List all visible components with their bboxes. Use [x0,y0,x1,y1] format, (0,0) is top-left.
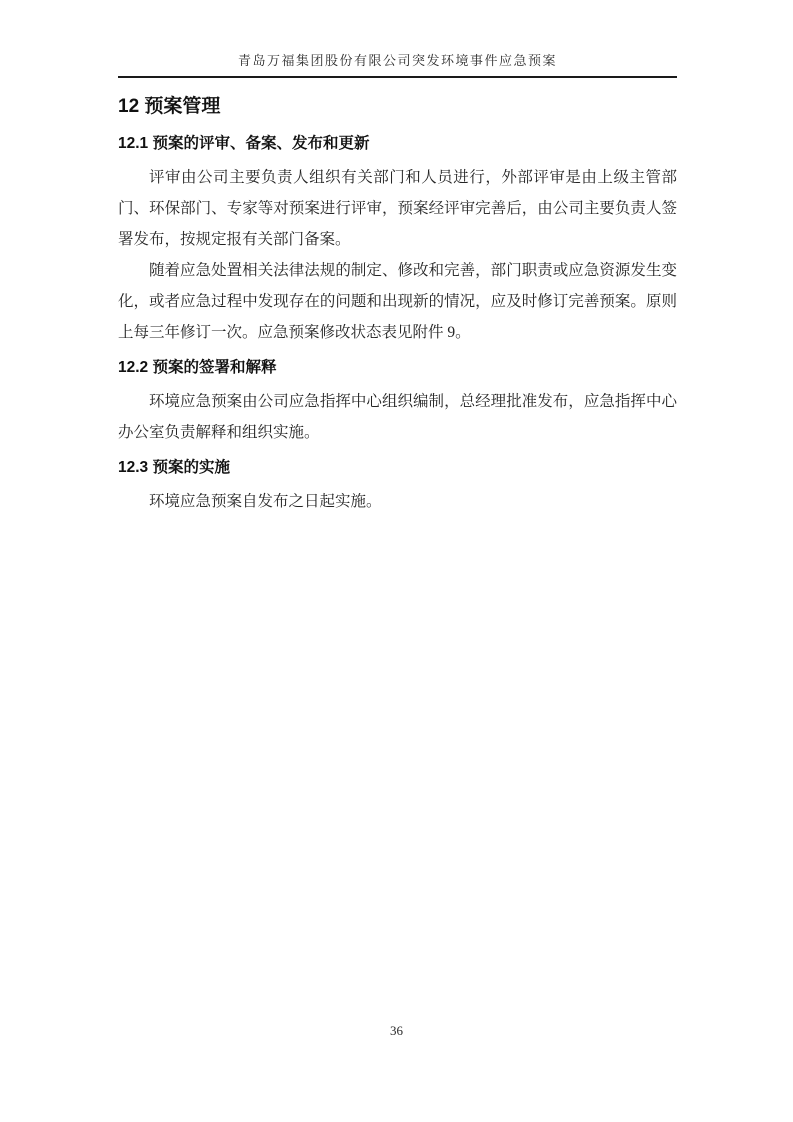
page-number: 36 [390,1023,403,1038]
document-page: 青岛万福集团股份有限公司突发环境事件应急预案 12 预案管理 12.1 预案的评… [0,0,793,1122]
header-title: 青岛万福集团股份有限公司突发环境事件应急预案 [118,50,677,69]
document-body: 12 预案管理 12.1 预案的评审、备案、发布和更新 评审由公司主要负责人组织… [118,88,677,517]
chapter-heading: 12 预案管理 [118,94,677,120]
paragraph: 随着应急处置相关法律法规的制定、修改和完善，部门职责或应急资源发生变化，或者应急… [118,255,677,348]
page-header: 青岛万福集团股份有限公司突发环境事件应急预案 [118,50,677,78]
paragraph: 环境应急预案由公司应急指挥中心组织编制，总经理批准发布，应急指挥中心办公室负责解… [118,386,677,448]
section-heading-12-3: 12.3 预案的实施 [118,456,677,480]
section-heading-12-2: 12.2 预案的签署和解释 [118,356,677,380]
paragraph: 环境应急预案自发布之日起实施。 [118,486,677,517]
paragraph: 评审由公司主要负责人组织有关部门和人员进行，外部评审是由上级主管部门、环保部门、… [118,162,677,255]
section-heading-12-1: 12.1 预案的评审、备案、发布和更新 [118,132,677,156]
page-footer: 36 [0,1022,793,1040]
